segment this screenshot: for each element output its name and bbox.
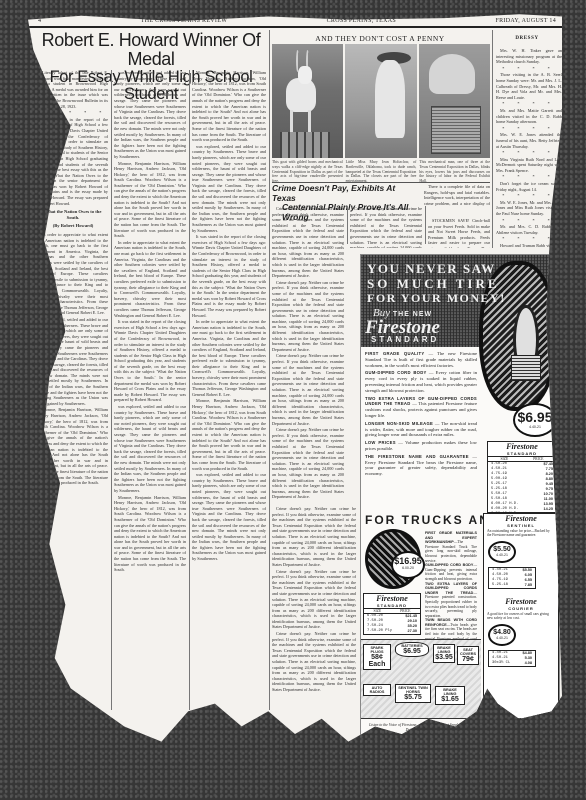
accessory-auto-radios: AUTO RADIOS: [363, 684, 391, 696]
story-body-3: Monroe, Benjamin Harrison, William Henry…: [192, 70, 266, 143]
standard-price-table: Firestone STANDARD SIZEPRICE 4.50-20$7.4…: [487, 441, 557, 513]
headline-line-1: Robert E. Howard Winner Of Medal: [34, 31, 268, 69]
column-rule: [425, 206, 426, 244]
photo-strip: [272, 44, 490, 158]
crime-column-1: Crime doesn't pay. Neither can crime be …: [272, 206, 344, 506]
ad-banner: YOU NEVER SAW SO MUCH TIRE FOR YOUR MONE…: [361, 255, 560, 347]
column-rule: [347, 206, 348, 244]
society-item: Don't forget the ice cream supper Friday…: [496, 181, 562, 192]
page-number: 4: [38, 18, 41, 24]
story-body-3b: was explored, settled and added to our c…: [192, 144, 266, 234]
society-item: Mrs. W. H. Tinker gave an interesting mi…: [496, 48, 562, 65]
photo-feature-title: AND THEY DON'T COST A PENNY: [274, 34, 486, 43]
photo-captions: This goat with gilded horns and mechanic…: [272, 160, 490, 184]
feature-item: LONGER NON-SKID MILEAGE — The non-skid t…: [365, 421, 477, 438]
accessory-spark-plugs: SPARK PLUGS58¢ Each: [363, 644, 391, 670]
ad-headline-3: FOR YOUR MONEY!: [367, 291, 506, 306]
accessory-seat-covers: SEAT COVERS79¢: [457, 646, 479, 665]
story-column-3: Monroe, Benjamin Harrison, William Henry…: [192, 70, 266, 710]
column-rule: [189, 70, 190, 710]
accessory-brake-lining: BRAKE LINING$3.95: [433, 644, 455, 663]
story-body-2: was explored, settled and added to our c…: [114, 70, 186, 160]
story-body-2f: Monroe, Benjamin Harrison, William Henry…: [114, 495, 186, 573]
feature-item: GUM-DIPPED CORD BODY — Every cotton fibe…: [365, 370, 477, 393]
accessories-collage: SPARK PLUGS58¢ Each BATTERIES$6.95 BRAKE…: [361, 639, 481, 719]
girl-photo: [345, 44, 416, 158]
story-body-2b: Monroe, Benjamin Harrison, William Henry…: [114, 161, 186, 239]
essay-byline: (By Robert Howard): [38, 223, 108, 229]
society-item: Miss Virginia Ruth Nord and Leta McDermo…: [496, 157, 562, 174]
column-rule: [269, 30, 270, 710]
story-body-3c: It was stated in the report of the closi…: [192, 234, 266, 318]
feature-item: TWO EXTRA LAYERS OF GUM-DIPPED CORDS UND…: [365, 396, 477, 419]
accessory-twin-horns: SENTINEL TWIN HORNS$5.75: [395, 684, 431, 703]
sentinel-courier-box: Firestone SENTINEL An outstanding value …: [483, 513, 559, 719]
feature-item: THE FIRESTONE NAME AND GUARANTEE — Every…: [365, 454, 477, 477]
truck-price-table: Firestone STANDARD SIZEPRICE 6.00-20$21.…: [363, 593, 421, 635]
ad-headline-1: YOU NEVER SAW: [367, 261, 496, 277]
issue-date: FRIDAY, AUGUST 14: [495, 18, 556, 24]
standard-label: STANDARD: [371, 335, 439, 344]
accessory-batteries: BATTERIES$6.95: [395, 642, 429, 657]
caption-mechanical-man: This mechanical man, one of three at the…: [419, 160, 490, 184]
story-body-2d: It was stated in the report of the closi…: [114, 319, 186, 403]
crime-column-2: Crime doesn't pay. Neither can crime be …: [350, 206, 422, 248]
sentinel-price-table: 4.40-21$5.50 4.50-206.05 4.75-196.55 5.2…: [488, 567, 536, 589]
courier-price-table: 4.40-21$4.80 4.50-215.30 30x3½ CL4.08: [488, 650, 536, 667]
story-body-3f: was explored, settled and added to our c…: [192, 472, 266, 562]
feature-item: LOW PRICES — Volume production makes the…: [365, 440, 477, 452]
society-column-title: DRESSY: [496, 36, 558, 41]
story-body-3d: In order to appreciate to what extent th…: [192, 319, 266, 397]
story-column-2: was explored, settled and added to our c…: [114, 70, 186, 710]
tire-price-tag: [511, 355, 541, 381]
feature-item: FIRST GRADE QUALITY — The new Firestone …: [365, 351, 477, 368]
truck-price-badge: $16.95 6.00-20: [391, 551, 425, 579]
mechanical-man-photo: [419, 44, 490, 158]
girl-figure: [375, 60, 405, 138]
society-item: Mr. and Mrs. Mattie Garrett and children…: [496, 108, 562, 125]
goat-photo: [272, 44, 343, 158]
column-rule: [111, 70, 112, 710]
courier-price-badge: $4.80 4.40-21: [488, 624, 516, 646]
crime-lead: Crime doesn't pay. Neither can crime be …: [272, 206, 344, 279]
tire-features: FIRST GRADE QUALITY — The new Firestone …: [365, 351, 477, 479]
mechanical-man-head: [429, 54, 475, 94]
newspaper-page: 4 THE CROSS PLAINS REVIEW CROSS PLAINS, …: [28, 12, 562, 772]
society-item: Those visiting in the A. B. Seerl home S…: [496, 72, 562, 100]
display-stand: [280, 132, 330, 158]
story-body-2c: In order to appreciate to what extent th…: [114, 240, 186, 318]
crime-sidebar: There is a complete file of data on Rang…: [424, 184, 490, 206]
masthead: 4 THE CROSS PLAINS REVIEW CROSS PLAINS, …: [28, 16, 562, 28]
caption-goat: This goat with gilded horns and mechanic…: [272, 160, 343, 184]
firestone-advertisement: YOU NEVER SAW SO MUCH TIRE FOR YOUR MONE…: [360, 254, 560, 764]
caption-girl: Little Miss Mary Jean Holtzclaw, of Bart…: [346, 160, 417, 184]
goat-head: [298, 66, 312, 84]
stockmen-notice: STOCKMEN SAVE! Cinch-ball on your Sweet …: [428, 218, 490, 248]
story-body-3e: Monroe, Benjamin Harrison, William Henry…: [192, 398, 266, 471]
ad-headline-2: SO MUCH TIRE: [367, 276, 500, 292]
column-rule: [492, 30, 493, 248]
crime-column-3: Crime doesn't pay. Neither can crime be …: [272, 506, 356, 706]
accessory-brake-lining-2: BRAKE LINING$1.65: [435, 686, 465, 705]
society-item: Mrs. W. E. Jones attended the funeral of…: [496, 132, 562, 149]
story-body-2e: was explored, settled and added to our c…: [114, 404, 186, 494]
exhibit-plaque: [431, 106, 481, 154]
sentinel-price-badge: $5.50 4.40-21: [488, 541, 516, 563]
price-row: 7.50-20 Ply27.30: [364, 629, 420, 634]
crime-headline-line-1: Crime Doesn't Pay, Exhibits At Texas: [272, 184, 420, 203]
